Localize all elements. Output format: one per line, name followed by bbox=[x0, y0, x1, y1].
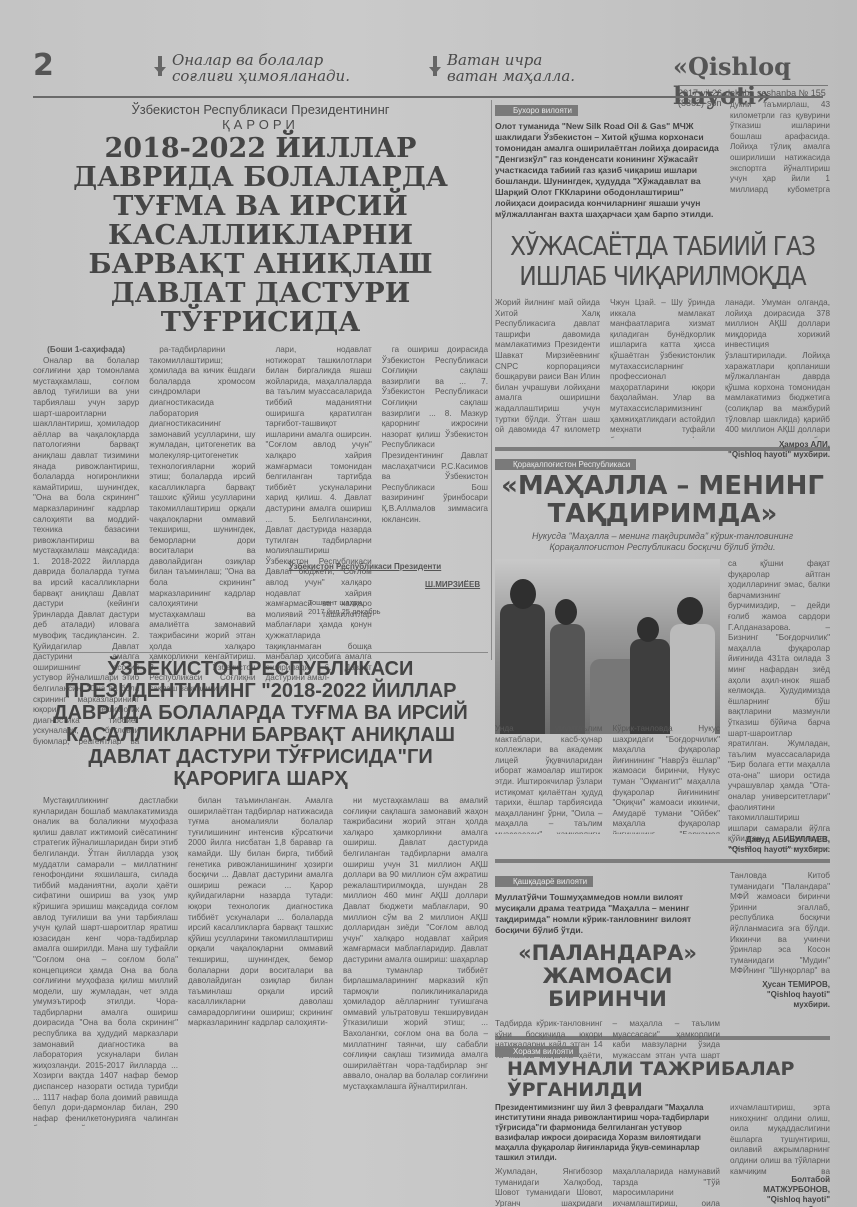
story-column: Чжун Цзай. – Шу ўринда иккала мамлакат м… bbox=[610, 298, 715, 438]
story-kashkadarya: Қашқадарё вилояти Муллатўйчи Тошмуҳаммед… bbox=[495, 871, 830, 1036]
story-side-text: дукни таъмирлаш, 43 километрли газ қувур… bbox=[730, 100, 830, 195]
rubric-label: Хоразм вилояти bbox=[495, 1046, 579, 1057]
story-side-text: са қўшни фақат фуқаролар айтган ҳодиллар… bbox=[728, 559, 830, 849]
story-column: Кўрик-танловда Нукус шаҳридаги "Боғдорчи… bbox=[613, 724, 721, 834]
signature-name: Ш.МИРЗИЁЕВ bbox=[425, 580, 480, 589]
commentary-column-3: ни мустаҳкамлаш ва амалий соғлиқни сақла… bbox=[343, 796, 488, 1126]
commentary-column-1: Мустақилликнинг дастлабки кунларидан бош… bbox=[33, 796, 178, 1126]
decree-supertitle: Ўзбекистон Республикаси Президентининг bbox=[33, 102, 488, 117]
story-byline: Болтабой МАТЖУРБОНОВ, "Qishloq hayoti" м… bbox=[730, 1175, 830, 1207]
story-byline: Ҳусан ТЕМИРОВ, "Qishloq hayoti" мухбири. bbox=[730, 980, 830, 1010]
page-number: 2 bbox=[33, 48, 54, 83]
rubric-label: Қашқадарё вилояти bbox=[495, 876, 593, 887]
rubric-label: Бухоро вилояти bbox=[495, 105, 578, 116]
arrow-down-icon bbox=[433, 56, 441, 76]
story-byline: Давуд АБИБУЛЛАЕВ, "Qishloq hayoti" мухби… bbox=[728, 835, 830, 855]
decree-kind: ҚАРОРИ bbox=[33, 117, 488, 132]
masthead-rule bbox=[33, 96, 823, 98]
story-column: маҳаллаларида намунавий тарзда "Тўй маро… bbox=[613, 1167, 721, 1207]
story-khorezm: Хоразм вилояти НАМУНАЛИ ТАЖРИБАЛАР ЎРГАН… bbox=[495, 1040, 830, 1170]
rubric-label: Қорақалпоғистон Республикаси bbox=[495, 459, 636, 470]
story-column: ланади. Умуман олганда, лойиҳа доирасида… bbox=[725, 298, 830, 438]
continuation-note: (Боши 1-саҳифада) bbox=[33, 345, 139, 356]
story-title: ХЎЖАСАЁТДА ТАБИИЙ ГАЗ ИШЛАБ ЧИҚАРИЛМОҚДА bbox=[495, 232, 830, 292]
masthead: 2 Оналар ва болалар соғлиғи ҳимояланади.… bbox=[33, 40, 823, 98]
decree-title: 2018-2022 ЙИЛЛАР ДАВРИДА БОЛАЛАРДА ТУҒМА… bbox=[33, 134, 488, 337]
story-title: «МАҲАЛЛА – МЕНИНГ ТАҚДИРИМДА» bbox=[495, 472, 830, 528]
story-column: Унда умумтаълим мактаблари, касб-ҳунар к… bbox=[495, 724, 603, 834]
story-side-text: Танловда Китоб туманидаги "Паландара" МФ… bbox=[730, 871, 830, 976]
signature-place-date: Тошкент шаҳри, 2017 йил 25 декабрь bbox=[308, 598, 381, 616]
column-divider bbox=[491, 100, 492, 660]
story-lead: Олот туманида "New Silk Road Oil & Gas" … bbox=[495, 121, 720, 220]
story-lead: Президентимизнинг шу йил 3 февралдаги "М… bbox=[495, 1103, 720, 1163]
signature-org: Ўзбекистон Республикаси Президенти bbox=[270, 562, 460, 571]
slogan-left: Оналар ва болалар соғлиғи ҳимояланади. bbox=[158, 52, 350, 84]
section-divider bbox=[33, 652, 488, 653]
decree-article: Ўзбекистон Республикаси Президентининг Қ… bbox=[33, 100, 488, 660]
story-bukhara: Бухоро вилояти Олот туманида "New Silk R… bbox=[495, 100, 830, 445]
newspaper-page: 2 Оналар ва болалар соғлиғи ҳимояланади.… bbox=[0, 0, 857, 1207]
story-karakalpakstan: Қорақалпоғистон Республикаси «МАҲАЛЛА – … bbox=[495, 451, 830, 859]
commentary-column-2: билан таъминланган. Амалга оширилаётган … bbox=[188, 796, 333, 1126]
slogan-right: Ватан ичра ватан маҳалла. bbox=[433, 52, 575, 84]
commentary-article: ЎЗБЕКИСТОН РЕСПУБЛИКАСИ ПРЕЗИДЕНТИНИНГ "… bbox=[33, 658, 488, 1088]
story-title: НАМУНАЛИ ТАЖРИБАЛАР ЎРГАНИЛДИ bbox=[495, 1059, 830, 1101]
story-column: Жорий йилнинг май ойида Хитой Халқ Респу… bbox=[495, 298, 600, 438]
signature-block: Ўзбекистон Республикаси Президенти bbox=[270, 562, 460, 571]
story-title: «ПАЛАНДАРА» ЖАМОАСИ БИРИНЧИ bbox=[495, 942, 720, 1011]
story-lead: Муллатўйчи Тошмуҳаммедов номли вилоят му… bbox=[495, 892, 720, 936]
event-photo bbox=[495, 559, 720, 734]
commentary-title: ЎЗБЕКИСТОН РЕСПУБЛИКАСИ ПРЕЗИДЕНТИНИНГ "… bbox=[33, 658, 488, 790]
story-column: Жумладан, Янгибозор туманидаги Халқобод,… bbox=[495, 1167, 603, 1207]
story-side-text: ихчамлаштириш, эрта никоҳнинг олдини оли… bbox=[730, 1103, 830, 1175]
arrow-down-icon bbox=[158, 56, 166, 76]
right-column: Бухоро вилояти Олот туманида "New Silk R… bbox=[495, 100, 830, 1170]
story-divider bbox=[495, 859, 830, 863]
story-subtitle: Нукусда "Маҳалла – менинг тақдиримда" кў… bbox=[495, 531, 830, 553]
